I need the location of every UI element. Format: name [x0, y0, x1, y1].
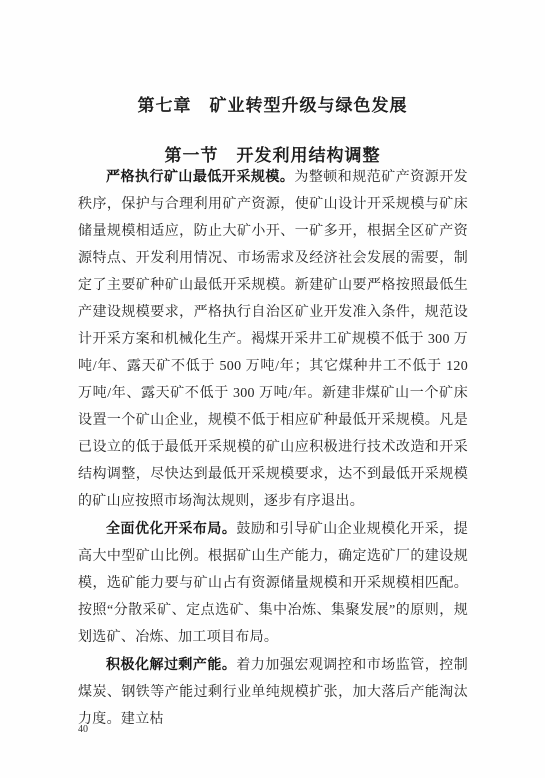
paragraph: 积极化解过剩产能。着力加强宏观调控和市场监管，控制煤炭、钢铁等产能过剩行业单纯规… — [78, 651, 468, 733]
paragraph-body: 鼓励和引导矿山企业规模化开采，提高大中型矿山比例。根据矿山生产能力，确定选矿厂的… — [78, 522, 468, 645]
paragraph: 严格执行矿山最低开采规模。为整顿和规范矿产资源开发秩序，保护与合理利用矿产资源，… — [78, 163, 468, 515]
paragraph-body: 为整顿和规范矿产资源开发秩序，保护与合理利用矿产资源，使矿山设计开采规模与矿床储… — [78, 170, 468, 509]
page-number: 40 — [78, 724, 88, 735]
paragraph-lead: 严格执行矿山最低开采规模。 — [106, 168, 294, 184]
document-body: 严格执行矿山最低开采规模。为整顿和规范矿产资源开发秩序，保护与合理利用矿产资源，… — [78, 163, 468, 733]
paragraph-lead: 全面优化开采布局。 — [106, 520, 236, 536]
document-page: 第七章 矿业转型升级与绿色发展 第一节 开发利用结构调整 严格执行矿山最低开采规… — [0, 0, 545, 778]
paragraph-lead: 积极化解过剩产能。 — [106, 656, 236, 672]
paragraph: 全面优化开采布局。鼓励和引导矿山企业规模化开采，提高大中型矿山比例。根据矿山生产… — [78, 515, 468, 651]
chapter-title: 第七章 矿业转型升级与绿色发展 — [0, 91, 545, 116]
